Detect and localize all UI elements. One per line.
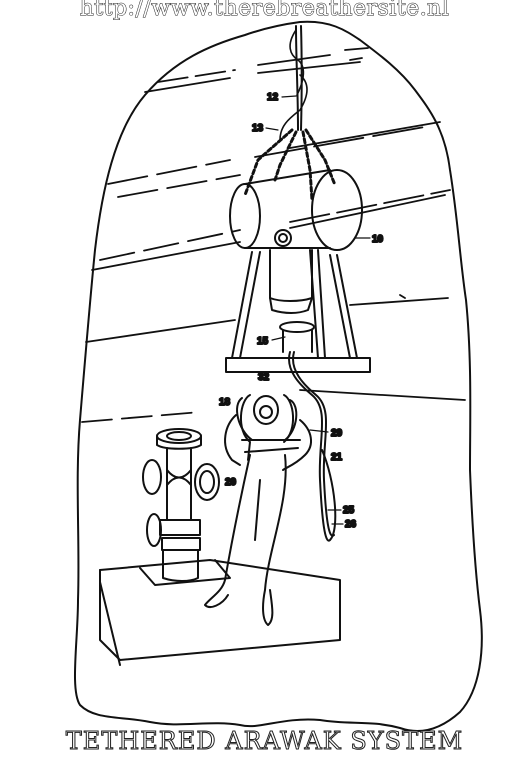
chains bbox=[245, 130, 335, 200]
label-15: 15 bbox=[257, 336, 269, 347]
label-10: 10 bbox=[372, 234, 384, 245]
label-18: 18 bbox=[219, 397, 231, 408]
diver-figure bbox=[205, 395, 311, 625]
reference-numerals: 12 13 10 15 32 18 29 21 20 25 26 bbox=[219, 92, 384, 530]
label-20: 20 bbox=[225, 477, 237, 488]
wellhead bbox=[100, 429, 340, 665]
figure-caption: TETHERED ARAWAK SYSTEM bbox=[0, 727, 529, 755]
label-29: 29 bbox=[331, 428, 343, 439]
label-12: 12 bbox=[267, 92, 279, 103]
label-25: 25 bbox=[343, 505, 355, 516]
strata-lines bbox=[82, 48, 465, 422]
tether bbox=[289, 352, 335, 541]
supply-hose bbox=[280, 26, 307, 140]
drum bbox=[226, 170, 370, 372]
label-26: 26 bbox=[345, 519, 357, 530]
label-21: 21 bbox=[331, 452, 343, 463]
patent-drawing: 12 13 10 15 32 18 29 21 20 25 26 bbox=[0, 0, 529, 757]
label-32: 32 bbox=[258, 372, 270, 383]
label-13: 13 bbox=[252, 123, 264, 134]
